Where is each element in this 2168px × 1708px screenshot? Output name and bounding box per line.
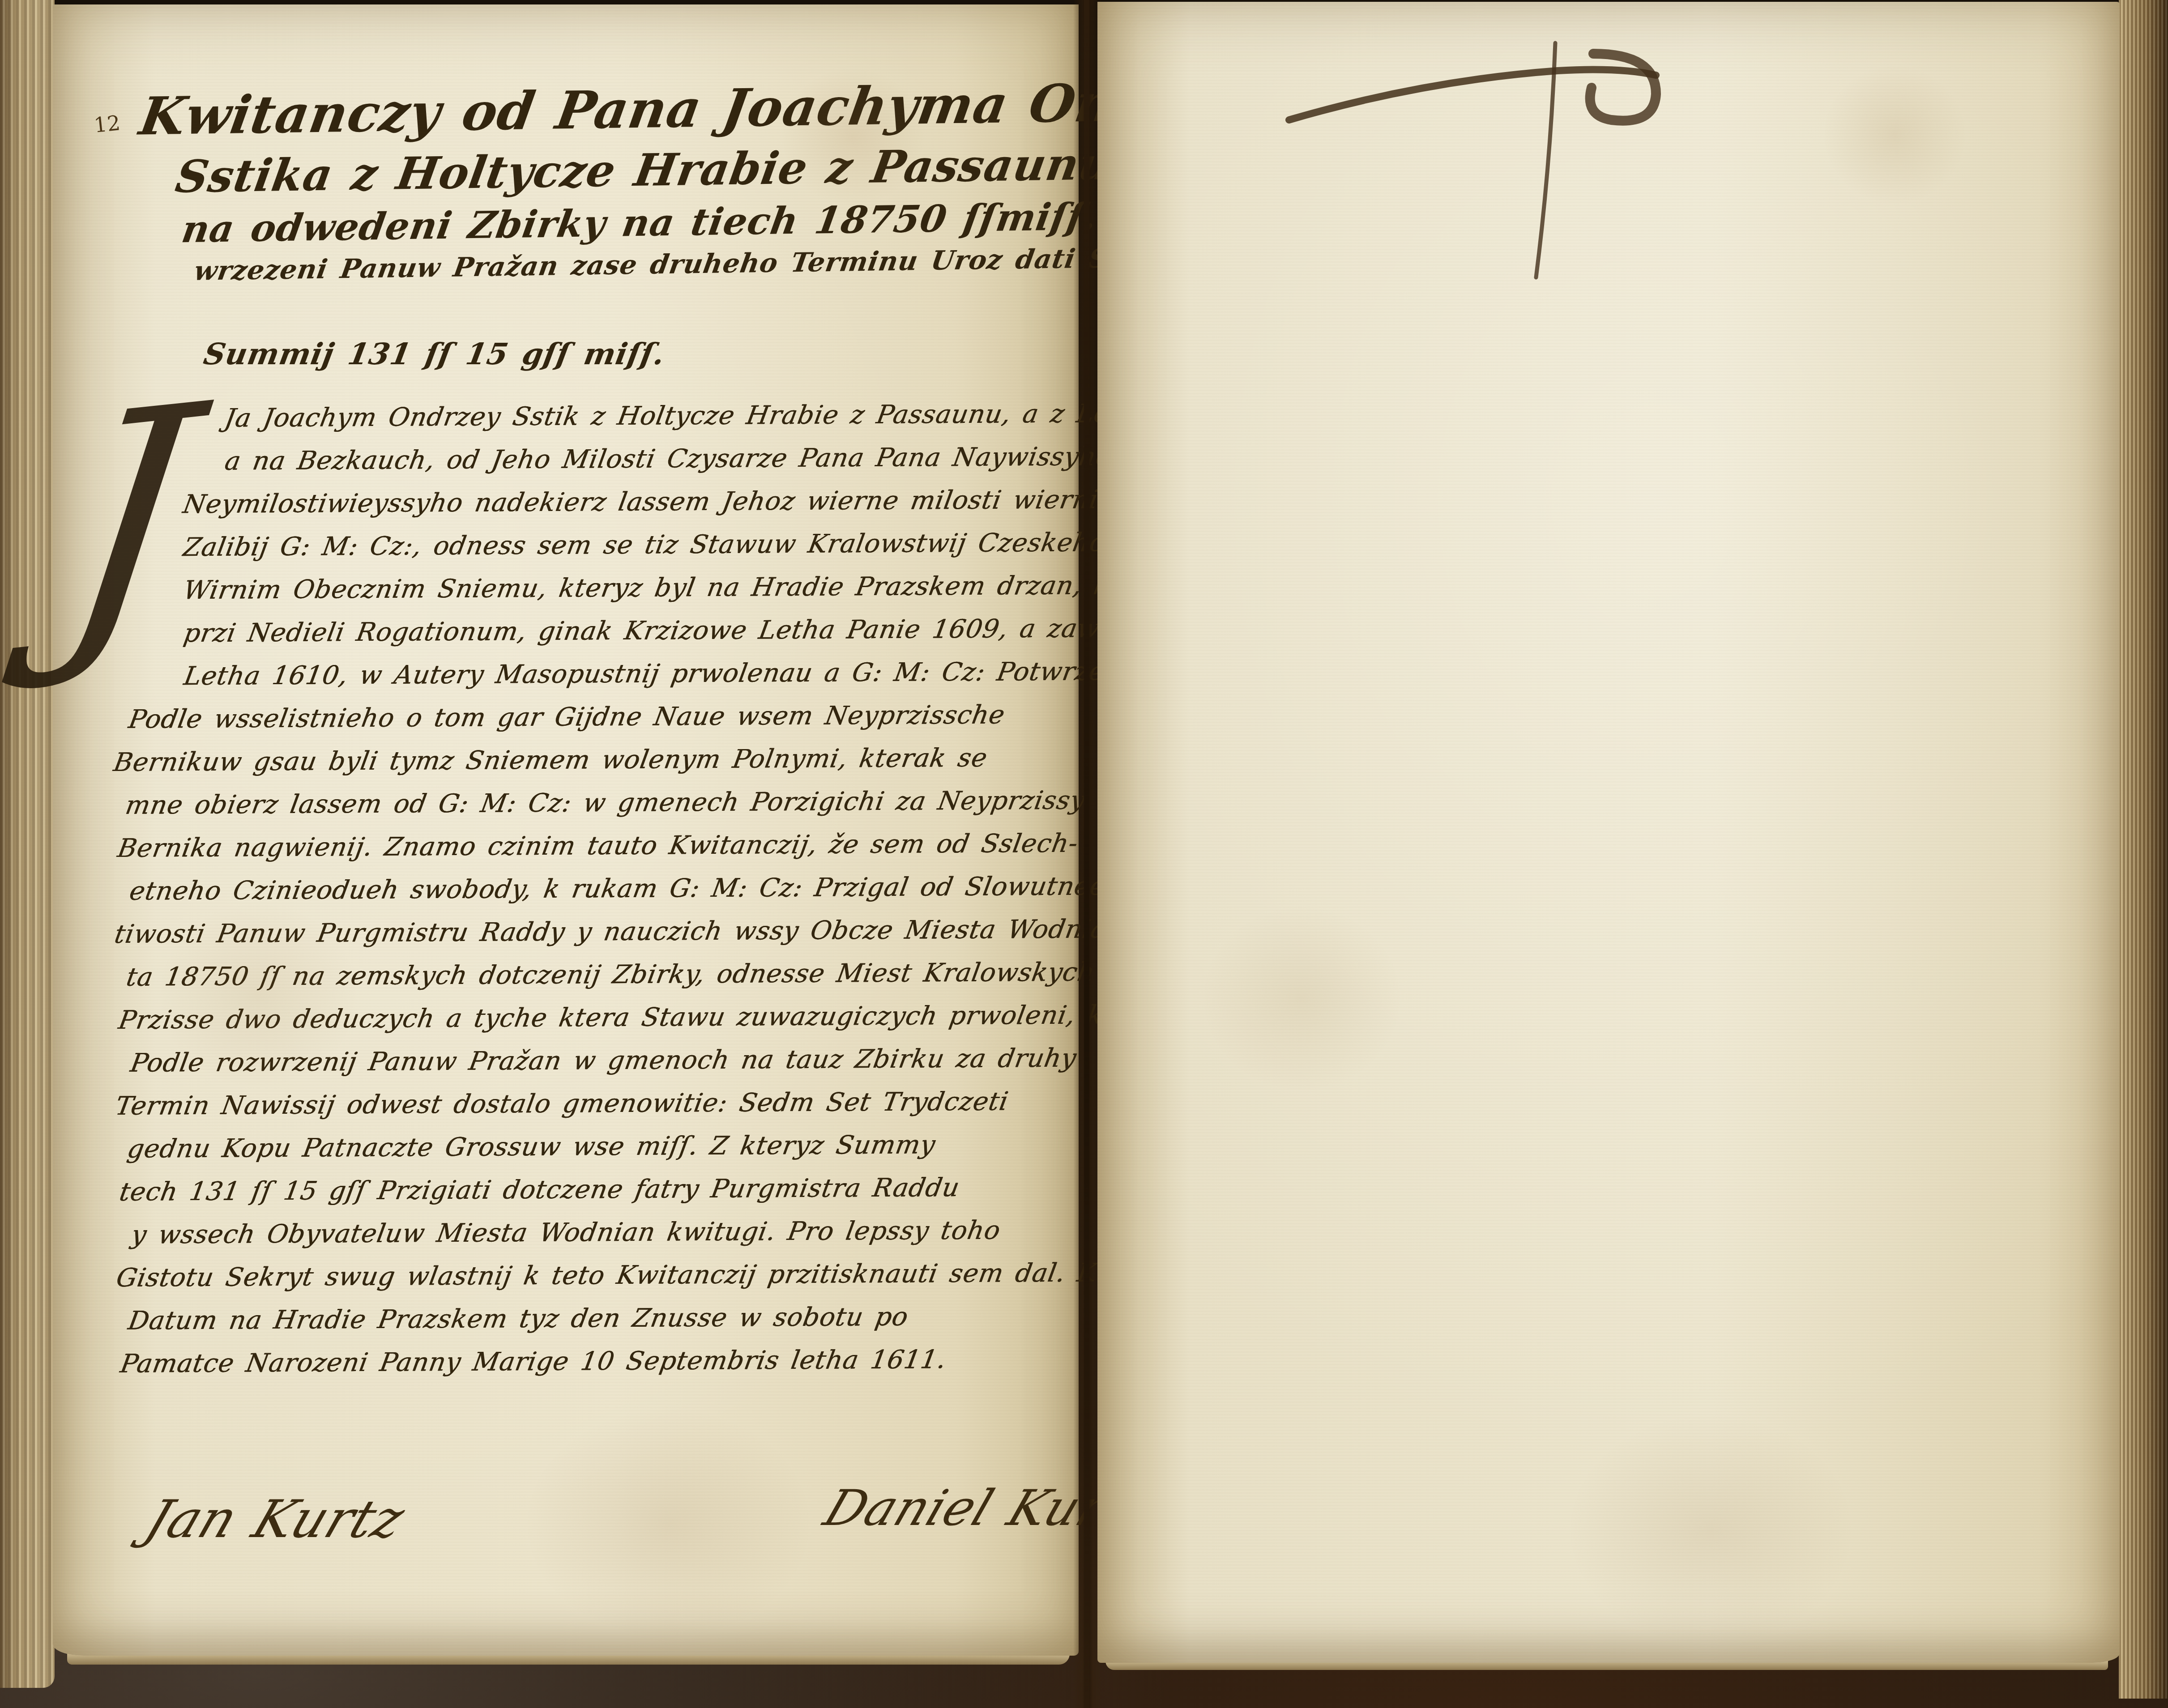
heading-line: Sstika z Holtycze Hrabie z Passaunu a z … [176,138,1122,203]
body-line: przi Nedieli Rogationum, ginak Krzizowe … [184,607,1129,655]
body-line: y wssech Obyvateluw Miesta Wodnian kwitu… [132,1208,1132,1257]
body-line: mne obierz lassem od G: M: Cz: w gmenech… [126,779,1130,827]
line-text: Letha 1610, w Autery Masopustnij prwolen… [180,650,1157,698]
line-text: Termin Nawissij odwest dostalo gmenowiti… [112,1080,1011,1128]
signature-text: Jan Kurtz [137,1489,413,1550]
line-text: gednu Kopu Patnaczte Grossuw wse miſſ. Z… [124,1123,939,1171]
line-text: tech 131 ſſ 15 gſſ Przigiati dotczene fa… [116,1166,963,1214]
summary-amount-text: Summij 131 ſſ 15 gſſ miſſ. [201,336,668,371]
line-text: Ja Joachym Ondrzey Sstik z Holtycze Hrab… [221,392,1153,440]
line-text: Bernikuw gsau byli tymz Sniemem wolenym … [110,737,990,784]
body-line: gednu Kopu Patnaczte Grossuw wse miſſ. Z… [128,1122,1132,1171]
line-text: ta 18750 ſſ na zemskych dotczenij Zbirky… [123,950,1098,998]
right-page: 13. 1610 214 12500 ſſ dati Kwitanczy od … [1097,2,2120,1663]
body-line: Termin Nawissij odwest dostalo gmenowiti… [115,1079,1131,1128]
line-text: etneho Czinieodueh swobody, k rukam G: M… [126,864,1191,912]
line-text: Gistotu Sekryt swug wlastnij k teto Kwit… [113,1251,1168,1299]
body-line: Letha 1610, w Autery Masopustnij prwolen… [184,650,1129,698]
body-line: Neymilostiwieyssyho nadekierz lassem Jeh… [183,478,1128,526]
line-text: Wirnim Obecznim Sniemu, kteryz byl na Hr… [180,563,1181,612]
body-line: Ja Joachym Ondrzey Sstik z Holtycze Hrab… [225,392,1128,440]
line-text: Podle wsselistnieho o tom gar Gijdne Nau… [125,693,1008,741]
line-text: Podle rozwrzenij Panuw Pražan w gmenoch … [127,1037,1080,1085]
body-line: Bernika nagwienij. Znamo czinim tauto Kw… [118,822,1130,870]
left-page: 12 Kwitanczy od Pana Joachyma OndrzegeSs… [53,4,1079,1656]
body-line: tiwosti Panuw Purgmistru Raddy y nauczic… [115,907,1131,956]
line-text: Przisse dwo deduczych a tyche ktera Staw… [115,993,1222,1042]
manuscript-photo: 12 Kwitanczy od Pana Joachyma OndrzegeSs… [0,0,2168,1708]
line-text: Neymilostiwieyssyho nadekierz lassem Jeh… [179,478,1101,526]
body-line: Zalibij G: M: Cz:, odness sem se tiz Sta… [184,521,1129,569]
page-stack-edge-right [2119,0,2168,1699]
body-line: Podle wsselistnieho o tom gar Gijdne Nau… [129,693,1130,741]
signature-jan-kurtz-left: Jan Kurtz [149,1489,402,1550]
heading-line: Kwitanczy od Pana Joachyma Ondrzege [140,72,1122,147]
heading-line: na odwedeni Zbirky na tiech 18750 ſſmiſſ… [182,194,1123,251]
left-page-heading: Kwitanczy od Pana Joachyma OndrzegeSstik… [83,72,1124,292]
line-text: Pamatce Narozeni Panny Marige 10 Septemb… [117,1338,950,1385]
line-text: Bernika nagwienij. Znamo czinim tauto Kw… [114,822,1081,870]
body-line: Wirnim Obecznim Sniemu, kteryz byl na Hr… [184,564,1129,612]
body-line: etneho Czinieodueh swobody, k rukam G: M… [130,865,1131,913]
body-line: Bernikuw gsau byli tymz Sniemem wolenym … [114,736,1130,784]
body-line: tech 131 ſſ 15 gſſ Przigiati dotczene fa… [119,1165,1132,1214]
body-line: Podle rozwrzenij Panuw Pražan w gmenoch … [131,1036,1131,1085]
body-line: Gistotu Sekryt swug wlastnij k teto Kwit… [116,1251,1132,1299]
body-line: ta 18750 ſſ na zemskych dotczenij Zbirky… [127,950,1131,999]
line-text: a na Bezkauch, od Jeho Milosti Czysarze … [222,435,1116,482]
line-text: Zalibij G: M: Cz:, odness sem se tiz Sta… [180,521,1154,569]
body-line: Pamatce Narozeni Panny Marige 10 Septemb… [120,1337,1133,1385]
line-text: przi Nedieli Rogationum, ginak Krzizowe … [180,607,1155,655]
heading-line: wrzezeni Panuw Pražan zase druheho Termi… [194,243,1124,286]
line-text: tiwosti Panuw Purgmistru Raddy y nauczic… [111,907,1135,956]
body-line: Datum na Hradie Prazskem tyz den Znusse … [128,1294,1133,1342]
page-stack-edge-left [0,0,55,1688]
summary-amount-line: Summij 131 ſſ 15 gſſ miſſ. [204,336,665,371]
line-text: mne obierz lassem od G: M: Cz: w gmenech… [122,779,1089,827]
line-text: y wssech Obyvateluw Miesta Wodnian kwitu… [128,1209,1004,1257]
body-line: Przisse dwo deduczych a tyche ktera Staw… [119,993,1131,1042]
left-page-body-text: Ja Joachym Ondrzey Sstik z Holtycze Hrab… [112,392,1133,1385]
line-text: Datum na Hradie Prazskem tyz den Znusse … [125,1295,912,1342]
body-line: a na Bezkauch, od Jeho Milosti Czysarze … [225,435,1128,483]
